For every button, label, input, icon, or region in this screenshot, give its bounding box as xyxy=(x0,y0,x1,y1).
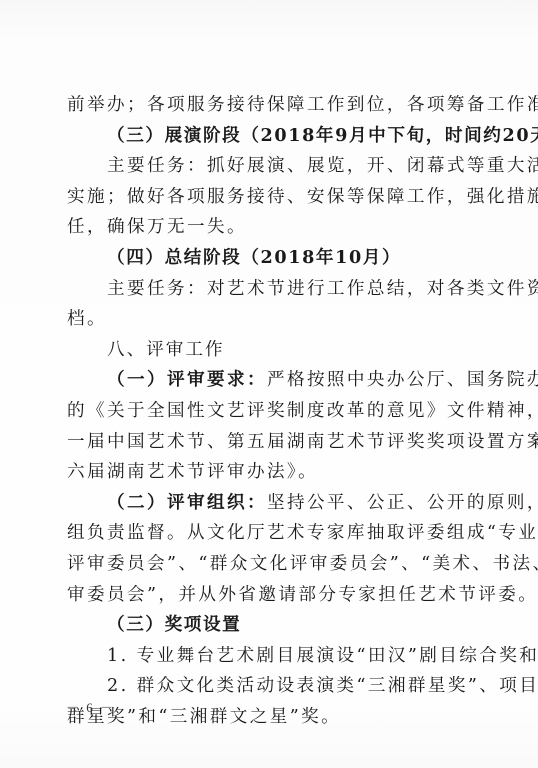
paragraph-line: 任，确保万无一失。 xyxy=(67,212,471,243)
page-number: － 6 － xyxy=(66,697,115,716)
paragraph-line: 六届湖南艺术节评审办法》。 xyxy=(67,457,471,488)
list-item-award-2: 2. 群众文化类活动设表演类“三湘群星奖”、项目类“三湘 xyxy=(67,671,471,702)
paragraph-line: 组负责监督。从文化厅艺术专家库抽取评委组成“专业舞台艺术 xyxy=(67,518,471,549)
paragraph-line: 一届中国艺术节、第五届湖南艺术节评奖奖项设置方案，制定《第 xyxy=(67,427,471,458)
paragraph-text: 严格按照中央办公厅、国务院办公厅印发 xyxy=(267,370,538,390)
paragraph-line: 主要任务：对艺术节进行工作总结，对各类文件资料整理归 xyxy=(67,274,471,305)
section-heading-exhibition-stage: （三）展演阶段（2018年9月中下旬，时间约20天） xyxy=(67,121,471,152)
paragraph-line: 主要任务：抓好展演、展览，开、闭幕式等重大活动的组织 xyxy=(67,151,471,182)
paragraph-line: 前举办；各项服务接待保障工作到位，各项筹备工作准备就绪。 xyxy=(67,90,471,121)
list-item-award-1: 1. 专业舞台艺术剧目展演设“田汉”剧目综合奖和单项奖。 xyxy=(67,641,471,672)
paragraph-line: 群星奖”和“三湘群文之星”奖。 xyxy=(67,702,471,733)
inline-label-review-organization: （二）评审组织： xyxy=(107,492,267,513)
document-page: 前举办；各项服务接待保障工作到位，各项筹备工作准备就绪。 （三）展演阶段（201… xyxy=(0,0,538,768)
paragraph-text: 坚持公平、公正、公开的原则，活动监督 xyxy=(267,493,538,513)
paragraph-line: 档。 xyxy=(67,304,471,335)
paragraph-line: 评审委员会”、“群众文化评审委员会”、“美术、书法、摄影评 xyxy=(67,549,471,580)
paragraph-line-review-requirements: （一）评审要求：严格按照中央办公厅、国务院办公厅印发 xyxy=(67,365,471,396)
section-heading-award-settings: （三）奖项设置 xyxy=(67,610,471,641)
section-heading-review-work: 八、评审工作 xyxy=(67,335,471,366)
inline-label-review-requirements: （一）评审要求： xyxy=(107,369,267,390)
paragraph-line: 实施；做好各项服务接待、安保等保障工作，强化措施，落实责 xyxy=(67,182,471,213)
paragraph-line: 审委员会”，并从外省邀请部分专家担任艺术节评委。 xyxy=(67,580,471,611)
paragraph-line-review-organization: （二）评审组织：坚持公平、公正、公开的原则，活动监督 xyxy=(67,488,471,519)
paragraph-line: 的《关于全国性文艺评奖制度改革的意见》文件精神，参照第十 xyxy=(67,396,471,427)
section-heading-summary-stage: （四）总结阶段（2018年10月） xyxy=(67,243,471,274)
document-body: 前举办；各项服务接待保障工作到位，各项筹备工作准备就绪。 （三）展演阶段（201… xyxy=(67,90,471,732)
